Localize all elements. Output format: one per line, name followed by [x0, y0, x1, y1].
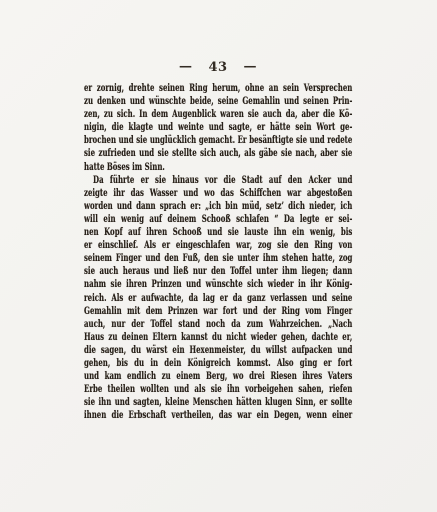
text-line: Haus zu deinen Eltern kannst du nicht wi…: [84, 331, 352, 344]
text-line: nahm sie ihren Prinzen und wünschte sich…: [84, 278, 352, 291]
header-dash-left: —: [179, 59, 193, 74]
text-line: brochen und sie unglücklich gemacht. Er …: [84, 134, 352, 147]
page-header: —43—: [84, 60, 352, 75]
text-line: worden und dann sprach er: „ich bin müd,…: [84, 200, 352, 213]
header-dash-right: —: [244, 59, 258, 74]
text-line: auch, nur der Toffel stand noch da zum W…: [84, 318, 352, 331]
text-line: will ein wenig auf deinem Schooß schlafe…: [84, 213, 352, 226]
text-line: sie ihn und sagten, kleine Menschen hätt…: [84, 396, 352, 409]
text-line: Gemahlin mit dem Prinzen war fort und de…: [84, 305, 352, 318]
text-line: zen, zu sich. In dem Augenblick waren si…: [84, 108, 352, 121]
text-line: Da führte er sie hinaus vor die Stadt au…: [84, 174, 352, 187]
page-number: 43: [208, 60, 227, 75]
text-line: seinem Finger und den Fuß, den sie unter…: [84, 252, 352, 265]
text-line: Erbe theilen wollten und als sie ihn vor…: [84, 383, 352, 396]
text-line: nigin, die klagte und weinte und sagte, …: [84, 121, 352, 134]
book-page: —43— er zornig, drehte seinen Ring herum…: [0, 0, 437, 512]
text-line: reich. Als er aufwachte, da lag er da ga…: [84, 292, 352, 305]
text-line: hatte Böses im Sinn.: [84, 161, 352, 174]
text-line: und kam endlich zu einem Berg, wo drei R…: [84, 370, 352, 383]
text-line: er einschlief. Als er eingeschlafen war,…: [84, 239, 352, 252]
text-line: zeigte ihr das Wasser und wo das Schiffc…: [84, 187, 352, 200]
text-line: die sagen, du wärst ein Hexenmeister, du…: [84, 344, 352, 357]
text-line: ihnen die Erbschaft vertheilen, das war …: [84, 409, 352, 422]
text-line: sie auch heraus und ließ nur den Toffel …: [84, 265, 352, 278]
page-text: er zornig, drehte seinen Ring herum, ohn…: [84, 82, 352, 422]
text-line: sie zufrieden und sie stellte sich auch,…: [84, 147, 352, 160]
text-line: nen Kopf auf ihren Schooß und sie lauste…: [84, 226, 352, 239]
text-line: er zornig, drehte seinen Ring herum, ohn…: [84, 82, 352, 95]
text-line: gehen, bis du in dein Königreich kommst.…: [84, 357, 352, 370]
text-line: zu denken und wünschte beide, seine Gema…: [84, 95, 352, 108]
